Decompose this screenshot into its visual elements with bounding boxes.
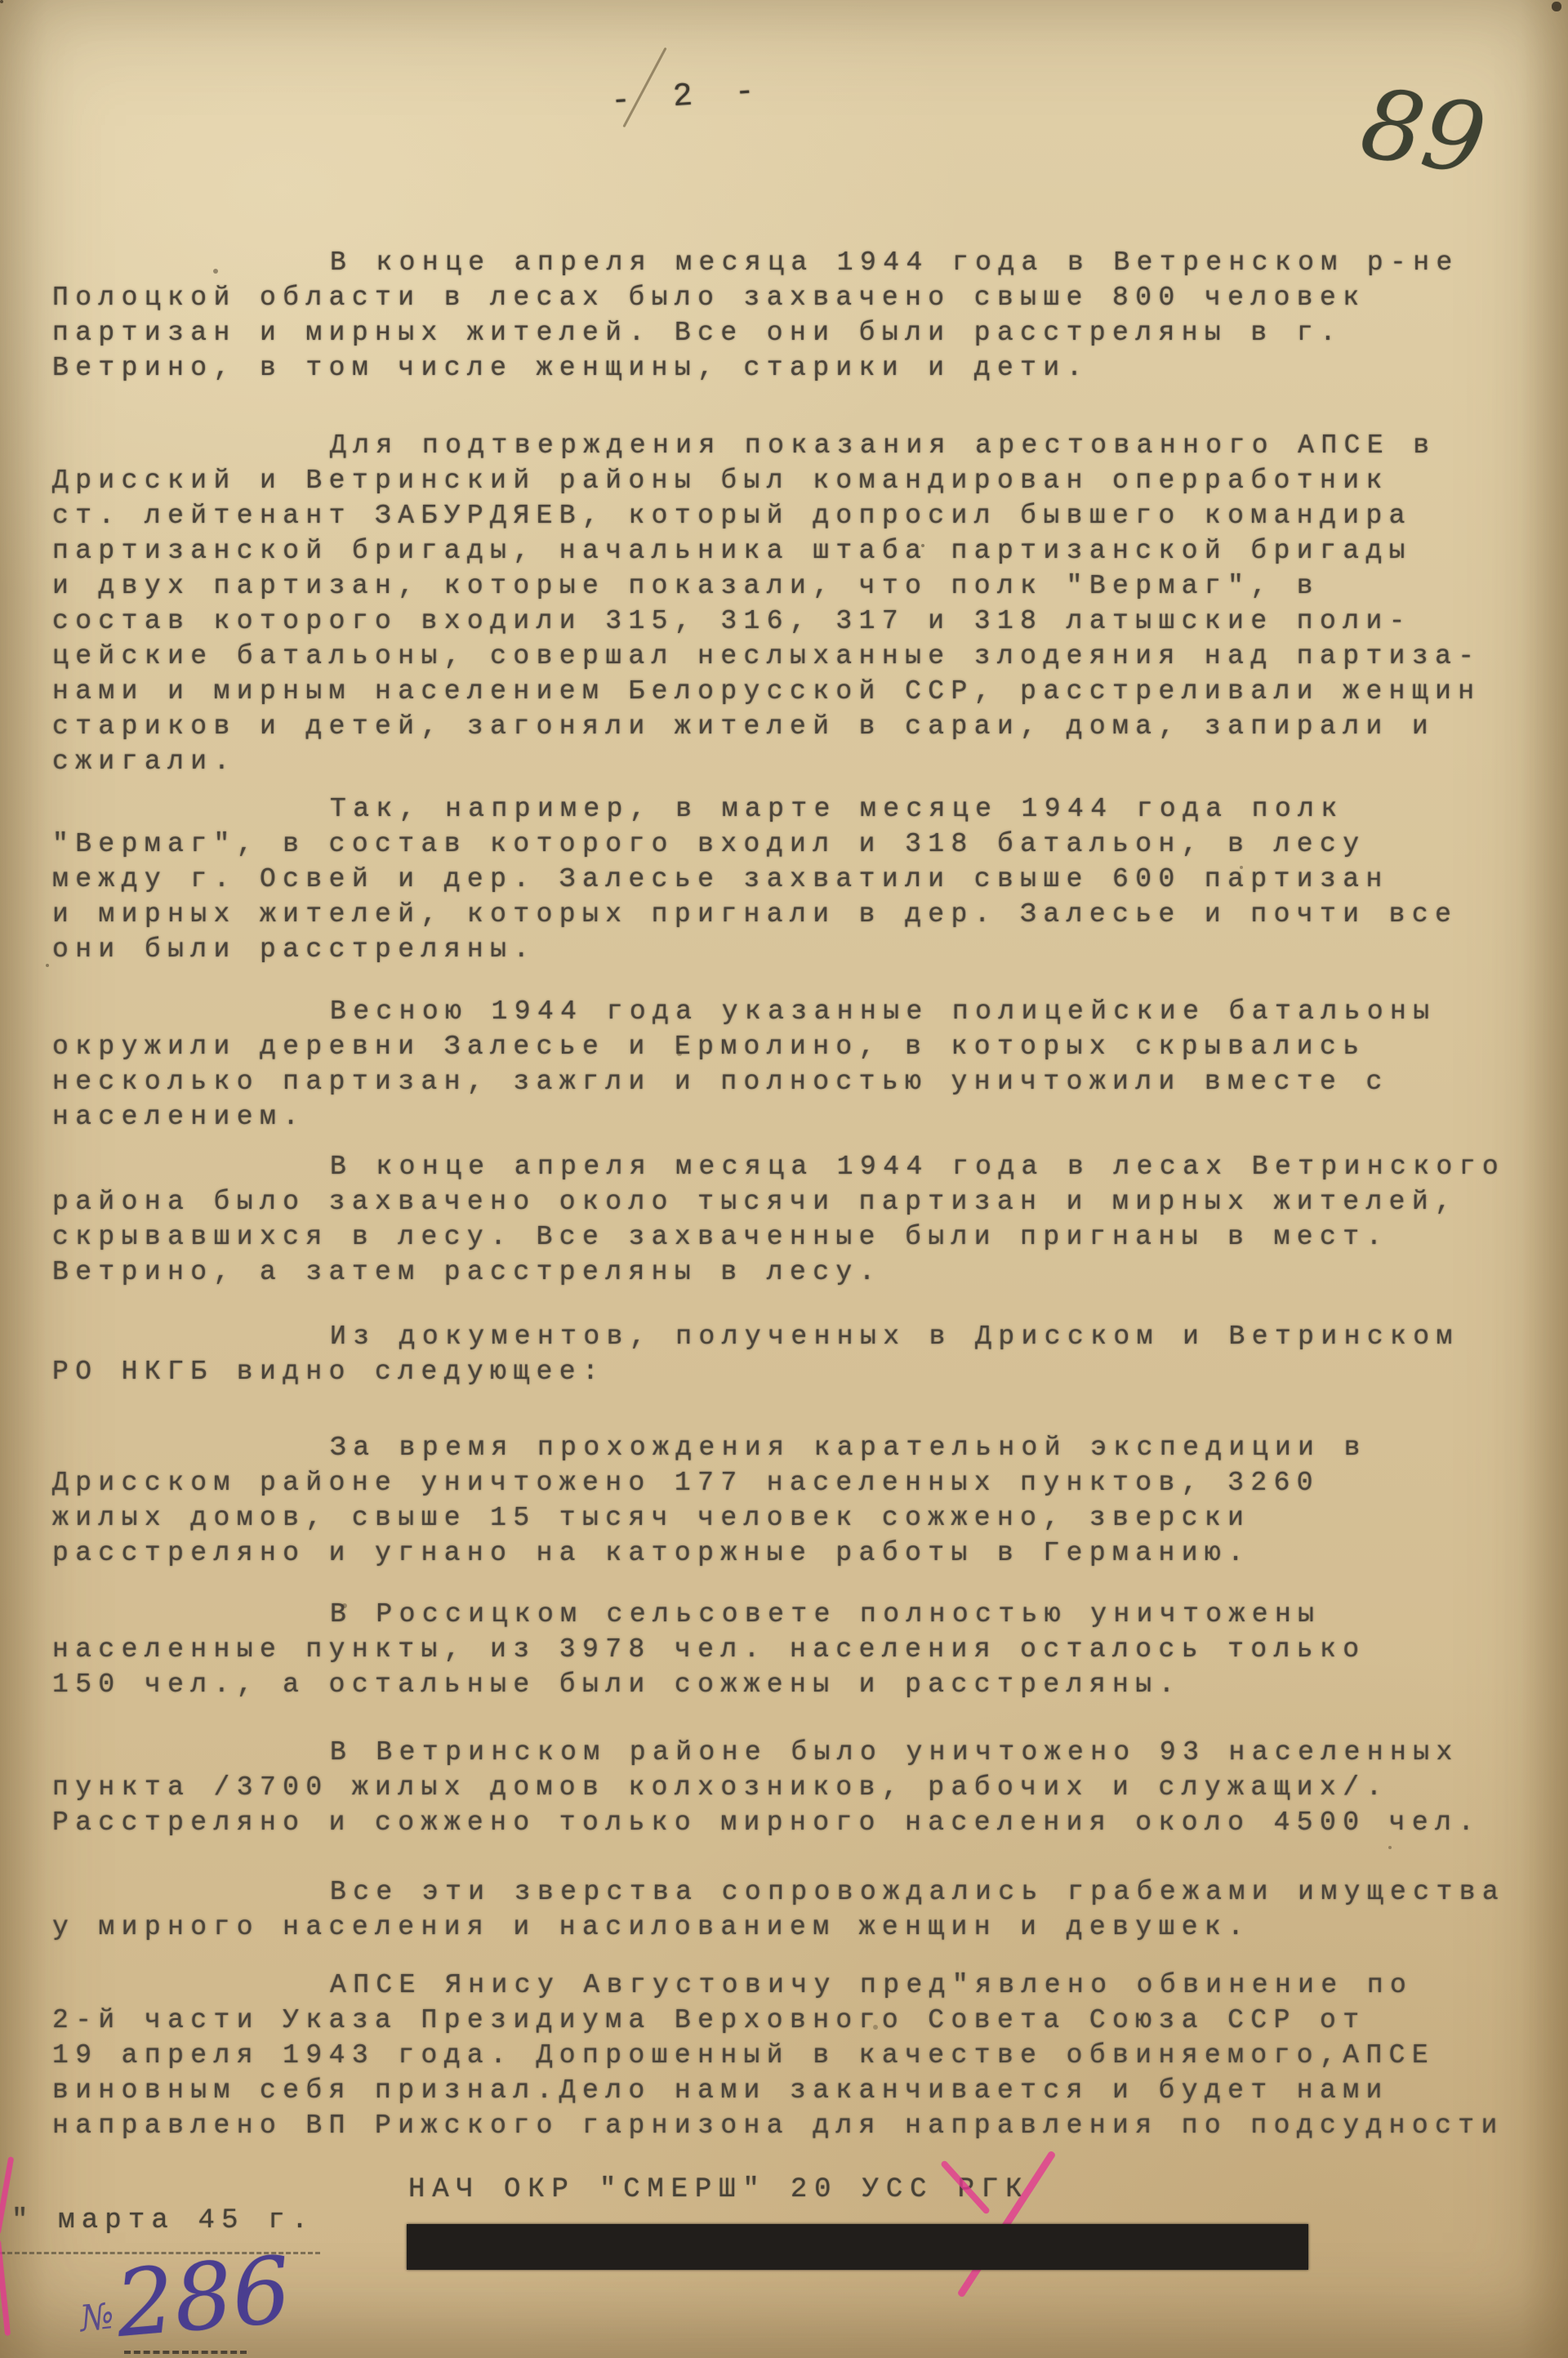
paragraph-6: Из документов, полученных в Дрисском и В… [52, 1319, 1563, 1389]
paragraph-3: Так, например, в марте месяце 1944 года … [52, 791, 1563, 967]
paragraph-5: В конце апреля месяца 1944 года в лесах … [52, 1149, 1563, 1290]
scanned-document-page: - 2 - 89 В конце апреля месяца 1944 года… [0, 0, 1568, 2358]
paragraph-11: АПСЕ Янису Августовичу пред"явлено обвин… [52, 1968, 1563, 2143]
handwritten-page-number: 89 [1354, 66, 1493, 197]
typed-text-body: В конце апреля месяца 1944 года в Ветрен… [52, 245, 1563, 2143]
handwritten-number-sign: № [78, 2295, 116, 2340]
scan-speckles [0, 0, 3, 3]
paragraph-10: Все эти зверства сопровождались грабежам… [52, 1874, 1563, 1945]
redaction-bar [407, 2224, 1308, 2270]
number-dashed-underline [124, 2351, 247, 2354]
paragraph-4: Весною 1944 года указанные полицейские б… [52, 994, 1563, 1134]
paragraph-8: В Россицком сельсовете полностью уничтож… [52, 1597, 1563, 1702]
paragraph-9: В Ветринском районе было уничтожено 93 н… [52, 1735, 1563, 1840]
date-line: " марта 45 г. [11, 2205, 314, 2236]
paragraph-7: За время прохождения карательной экспеди… [52, 1430, 1563, 1571]
paragraph-1: В конце апреля месяца 1944 года в Ветрен… [52, 245, 1563, 386]
paragraph-2: Для подтверждения показания арестованног… [52, 428, 1563, 779]
signature-line: НАЧ ОКР "СМЕРШ" 20 УСС РГК [408, 2174, 1029, 2205]
handwritten-number: 286 [112, 2237, 295, 2358]
typed-page-number: - 2 - [610, 73, 768, 120]
